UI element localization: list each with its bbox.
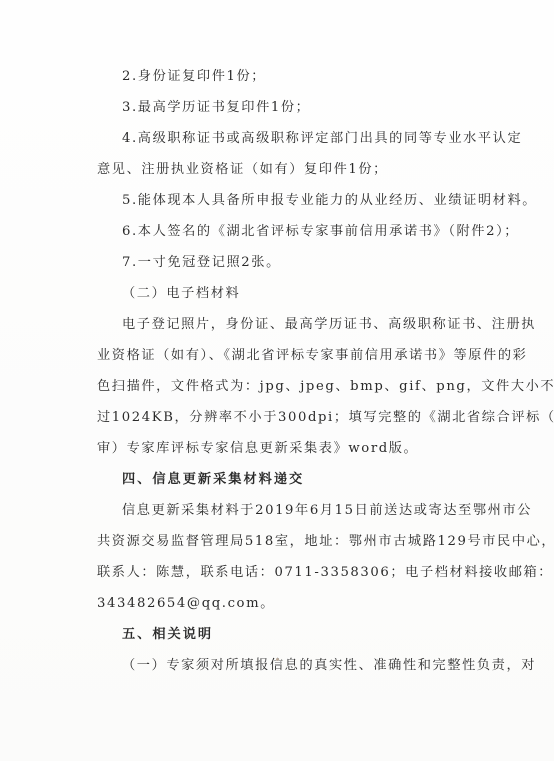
item-photos: 7.一寸免冠登记照2张。 [97, 247, 473, 278]
paragraph-notes-line-1: （一）专家须对所填报信息的真实性、准确性和完整性负责，对 [97, 650, 473, 681]
item-id-copy: 2.身份证复印件1份； [97, 61, 473, 92]
scan-speck [276, 658, 279, 661]
paragraph-electronic-line-1: 电子登记照片，身份证、最高学历证书、高级职称证书、注册执 [97, 309, 473, 340]
item-degree-copy: 3.最高学历证书复印件1份； [97, 92, 473, 123]
contact-email: 343482654@qq.com。 [97, 588, 473, 619]
paragraph-submission-line-2: 共资源交易监督管理局518室，地址：鄂州市古城路129号市民中心， [97, 526, 473, 557]
item-experience-proof: 5.能体现本人具备所申报专业能力的从业经历、业绩证明材料。 [97, 185, 473, 216]
paragraph-submission-line-1: 信息更新采集材料于2019年6月15日前送达或寄达至鄂州市公 [97, 495, 473, 526]
document-body: 2.身份证复印件1份； 3.最高学历证书复印件1份； 4.高级职称证书或高级职称… [97, 61, 473, 681]
section-heading-notes: 五、相关说明 [97, 619, 473, 650]
paragraph-electronic-line-2: 业资格证（如有）、《湖北省评标专家事前信用承诺书》等原件的彩 [97, 340, 473, 371]
item-title-cert: 4.高级职称证书或高级职称评定部门出具的同等专业水平认定 [97, 123, 473, 154]
paragraph-submission-line-3: 联系人：陈慧，联系电话：0711-3358306；电子档材料接收邮箱： [97, 557, 473, 588]
section-heading-submission: 四、信息更新采集材料递交 [97, 464, 473, 495]
subsection-electronic-materials: （二）电子档材料 [97, 278, 473, 309]
paragraph-electronic-line-4: 过1024KB，分辨率不小于300dpi；填写完整的《湖北省综合评标（评 [97, 402, 473, 433]
paragraph-electronic-line-3: 色扫描件，文件格式为：jpg、jpeg、bmp、gif、png，文件大小不超 [97, 371, 473, 402]
item-credit-pledge: 6.本人签名的《湖北省评标专家事前信用承诺书》（附件2）； [97, 216, 473, 247]
document-page: 2.身份证复印件1份； 3.最高学历证书复印件1份； 4.高级职称证书或高级职称… [0, 0, 554, 761]
item-title-cert-continued: 意见、注册执业资格证（如有）复印件1份； [97, 154, 473, 185]
paragraph-electronic-line-5: 审）专家库评标专家信息更新采集表》word版。 [97, 433, 473, 464]
